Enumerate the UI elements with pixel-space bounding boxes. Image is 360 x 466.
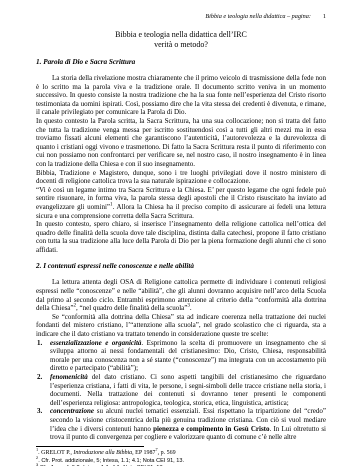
text-run: , “nel quadro delle finalità della scuol…	[76, 304, 187, 312]
paragraph: “Vi è così un legame intimo tra Sacra Sc…	[36, 186, 326, 220]
footnote-rule	[36, 446, 144, 447]
paragraph: Se “conformità alla dottrina della Chies…	[36, 313, 326, 339]
text-run: pienezza e compimento in Gesù Cristo	[153, 425, 269, 433]
paragraph: La storia della rivelazione mostra chiar…	[36, 74, 326, 117]
title-line-2: verità o metodo?	[36, 40, 326, 50]
document-title: Bibbia e teologia nella didattica dell’I…	[36, 30, 326, 50]
list-item: 3.concentrazione su alcuni nuclei temati…	[36, 407, 326, 441]
document-page: Bibbia e teologia nella didattica – pagi…	[0, 0, 360, 466]
text-run: Introduzione alla Bibbia	[73, 450, 132, 456]
page-number: 1	[323, 13, 326, 20]
paragraph: Bibbia, Tradizione e Magistero, dunque, …	[36, 169, 326, 186]
text-run: In questo contesto, spero chiaro, si ins…	[36, 220, 326, 254]
text-run: Se “conformità alla dottrina della Chies…	[36, 313, 326, 338]
text-run: In questo contesto la Parola scritta, la…	[36, 117, 326, 168]
section-heading: 2. I contenuti espressi nelle conoscenze…	[36, 262, 326, 271]
footnote: 1. GRELOT P., Introduzione alla Bibbia, …	[36, 450, 326, 458]
text-run: , p. 569	[158, 450, 176, 456]
text-run: del dato cristiano. Ci sono aspetti tang…	[50, 373, 326, 407]
paragraph: In questo contesto la Parola scritta, la…	[36, 117, 326, 169]
text-run: La storia della rivelazione mostra chiar…	[36, 74, 326, 116]
list-item-number: 1.	[37, 339, 42, 348]
title-line-1: Bibbia e teologia nella didattica dell’I…	[36, 30, 326, 40]
text-run: Bibbia, Tradizione e Magistero, dunque, …	[36, 169, 326, 186]
text-run: essenzializzazione e organicità	[50, 339, 141, 347]
page-header: Bibbia e teologia nella didattica – pagi…	[36, 13, 326, 20]
list-item-number: 3.	[37, 407, 42, 416]
paragraph: La lettura attenta degli OSA di Religion…	[36, 278, 326, 312]
text-run: fenomenicità	[50, 373, 88, 381]
list-item: 1.essenzializzazione e organicità. Espri…	[36, 339, 326, 373]
text-run: concentrazione	[50, 407, 94, 415]
footnote-area: 1. GRELOT P., Introduzione alla Bibbia, …	[36, 446, 326, 466]
footnotes: 1. GRELOT P., Introduzione alla Bibbia, …	[36, 450, 326, 466]
text-run: . Cfr. Prot. addizionale, 5; Intesa, 1.1…	[38, 458, 184, 464]
list-item-number: 2.	[37, 373, 42, 382]
list-item: 2.fenomenicità del dato cristiano. Ci so…	[36, 373, 326, 407]
document-body: 1. Parola di Dio e Sacra ScritturaLa sto…	[36, 58, 326, 442]
text-run: . GRELOT P.,	[38, 450, 73, 456]
paragraph: In questo contesto, spero chiaro, si ins…	[36, 220, 326, 254]
text-run: , EP 1987	[132, 450, 155, 456]
running-title: Bibbia e teologia nella didattica – pagi…	[205, 13, 311, 20]
text-run: .	[190, 304, 192, 312]
section-heading: 1. Parola di Dio e Sacra Scrittura	[36, 58, 326, 67]
